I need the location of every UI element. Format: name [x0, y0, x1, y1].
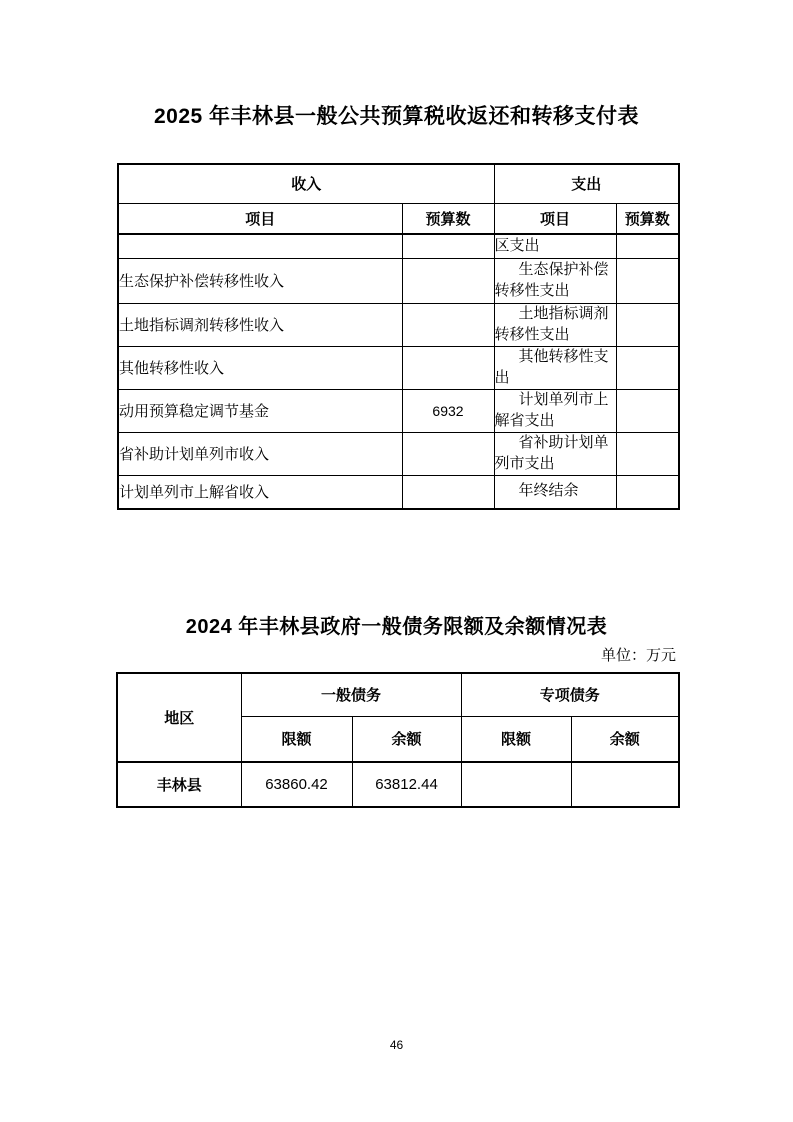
income-budget-cell — [402, 303, 494, 346]
expense-section-header: 支出 — [494, 164, 679, 203]
special-debt-header: 专项债务 — [461, 673, 679, 716]
table-row: 计划单列市上解省收入 年终结余 — [118, 475, 679, 509]
expense-item-cell: 其他转移性支出 — [494, 346, 616, 389]
table-row: 区支出 — [118, 234, 679, 258]
expense-item-cell: 区支出 — [494, 234, 616, 258]
special-limit-cell — [461, 762, 571, 807]
general-balance-cell: 63812.44 — [352, 762, 461, 807]
expense-item-header: 项目 — [494, 203, 616, 234]
expense-budget-cell — [616, 475, 679, 509]
expense-item-cell: 生态保护补偿转移性支出 — [494, 258, 616, 303]
special-balance-cell — [571, 762, 679, 807]
expense-budget-cell — [616, 432, 679, 475]
general-debt-header: 一般债务 — [241, 673, 461, 716]
income-item-cell: 省补助计划单列市收入 — [118, 432, 402, 475]
expense-budget-cell — [616, 234, 679, 258]
table-row: 动用预算稳定调节基金 6932 计划单列市上解省支出 — [118, 389, 679, 432]
income-budget-cell — [402, 432, 494, 475]
table-row: 土地指标调剂转移性收入 土地指标调剂转移性支出 — [118, 303, 679, 346]
expense-budget-cell — [616, 346, 679, 389]
table2-title: 2024 年丰林县政府一般债务限额及余额情况表 — [0, 610, 793, 639]
expense-budget-cell — [616, 258, 679, 303]
income-item-cell: 其他转移性收入 — [118, 346, 402, 389]
table1-header-row-2: 项目 预算数 项目 预算数 — [118, 203, 679, 234]
table-row: 省补助计划单列市收入 省补助计划单列市支出 — [118, 432, 679, 475]
income-item-cell: 生态保护补偿转移性收入 — [118, 258, 402, 303]
expense-budget-header: 预算数 — [616, 203, 679, 234]
general-limit-header: 限额 — [241, 716, 352, 762]
income-item-cell — [118, 234, 402, 258]
expense-item-cell: 计划单列市上解省支出 — [494, 389, 616, 432]
income-item-cell: 动用预算稳定调节基金 — [118, 389, 402, 432]
table-row: 丰林县 63860.42 63812.44 — [117, 762, 679, 807]
income-item-cell: 土地指标调剂转移性收入 — [118, 303, 402, 346]
tax-transfer-table: 收入 支出 项目 预算数 项目 预算数 区支出 生态保护补偿转移性收入 生态保护… — [117, 163, 680, 510]
table1-title: 2025 年丰林县一般公共预算税收返还和转移支付表 — [0, 100, 793, 130]
general-balance-header: 余额 — [352, 716, 461, 762]
expense-item-cell: 省补助计划单列市支出 — [494, 432, 616, 475]
income-section-header: 收入 — [118, 164, 494, 203]
general-limit-cell: 63860.42 — [241, 762, 352, 807]
table-row: 生态保护补偿转移性收入 生态保护补偿转移性支出 — [118, 258, 679, 303]
table2-header-row-1: 地区 一般债务 专项债务 — [117, 673, 679, 716]
income-budget-cell: 6932 — [402, 389, 494, 432]
region-header: 地区 — [117, 673, 241, 762]
income-budget-cell — [402, 346, 494, 389]
unit-label: 单位：万元 — [0, 644, 676, 665]
document-page: 2025 年丰林县一般公共预算税收返还和转移支付表 收入 支出 项目 预算数 项… — [0, 0, 793, 1122]
expense-item-cell: 土地指标调剂转移性支出 — [494, 303, 616, 346]
income-budget-cell — [402, 234, 494, 258]
expense-item-cell: 年终结余 — [494, 475, 616, 509]
table1-header-row-1: 收入 支出 — [118, 164, 679, 203]
debt-limit-balance-table: 地区 一般债务 专项债务 限额 余额 限额 余额 丰林县 63860.42 63… — [116, 672, 680, 808]
table-row: 其他转移性收入 其他转移性支出 — [118, 346, 679, 389]
income-item-header: 项目 — [118, 203, 402, 234]
income-item-cell: 计划单列市上解省收入 — [118, 475, 402, 509]
special-balance-header: 余额 — [571, 716, 679, 762]
special-limit-header: 限额 — [461, 716, 571, 762]
region-cell: 丰林县 — [117, 762, 241, 807]
expense-budget-cell — [616, 389, 679, 432]
income-budget-cell — [402, 475, 494, 509]
page-number: 46 — [0, 1038, 793, 1052]
income-budget-cell — [402, 258, 494, 303]
income-budget-header: 预算数 — [402, 203, 494, 234]
expense-budget-cell — [616, 303, 679, 346]
